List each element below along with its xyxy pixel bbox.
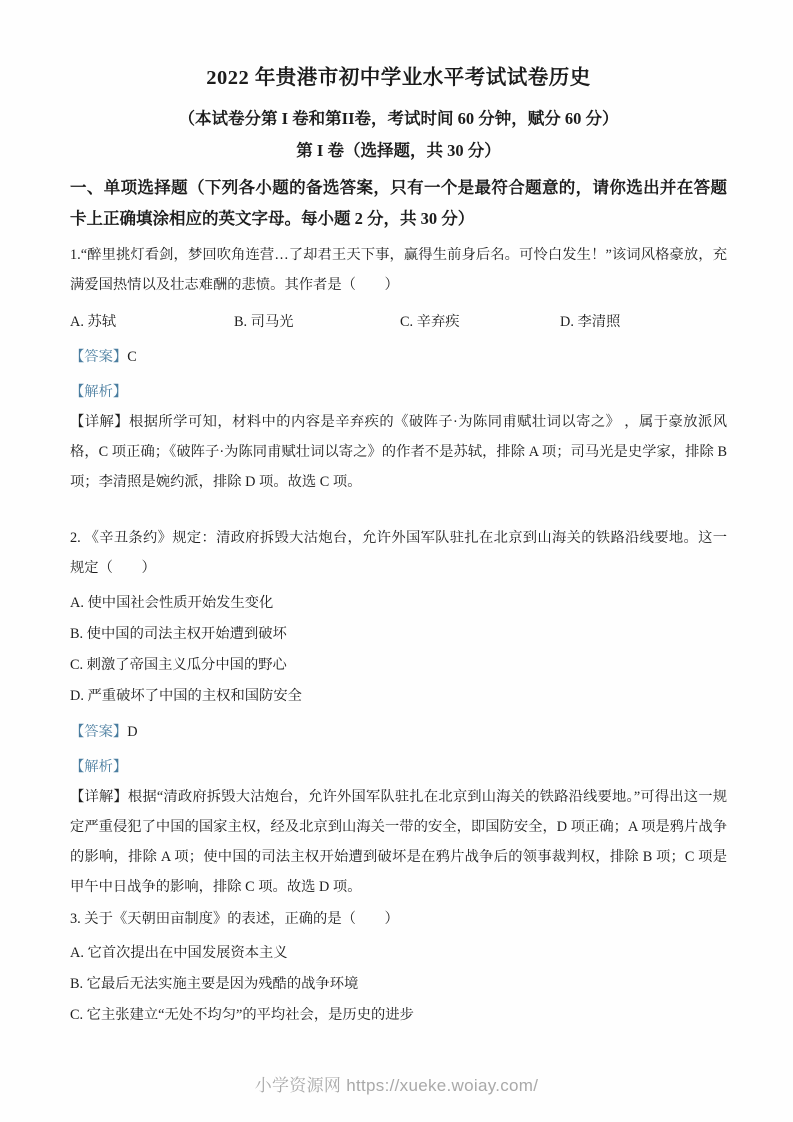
question-3-stem: 3. 关于《天朝田亩制度》的表述，正确的是（ ） — [70, 904, 727, 934]
exam-info-line: （本试卷分第 I 卷和第II卷，考试时间 60 分钟，赋分 60 分） — [70, 106, 727, 132]
question-3-option-a: A. 它首次提出在中国发展资本主义 — [70, 938, 727, 969]
footer-watermark: 小学资源网 https://xueke.woiay.com/ — [0, 1071, 793, 1096]
question-2-option-d: D. 严重破坏了中国的主权和国防安全 — [70, 681, 727, 712]
question-1-option-d: D. 李清照 — [560, 307, 727, 337]
question-1-answer-line: 【答案】C — [70, 342, 727, 372]
question-3-option-b: B. 它最后无法实施主要是因为残酷的战争环境 — [70, 969, 727, 1000]
question-2-options: A. 使中国社会性质开始发生变化 B. 使中国的司法主权开始遭到破坏 C. 刺激… — [70, 588, 727, 712]
question-3: 3. 关于《天朝田亩制度》的表述，正确的是（ ） A. 它首次提出在中国发展资本… — [70, 904, 727, 1031]
question-1-option-a: A. 苏轼 — [70, 307, 234, 337]
answer-label: 【答案】 — [70, 724, 127, 740]
detail-label: 【详解】 — [70, 414, 129, 430]
footer-site-name: 小学资源网 — [255, 1076, 342, 1095]
question-2-answer-line: 【答案】D — [70, 717, 727, 747]
question-2-option-c: C. 刺激了帝国主义瓜分中国的野心 — [70, 650, 727, 681]
question-3-options: A. 它首次提出在中国发展资本主义 B. 它最后无法实施主要是因为残酷的战争环境… — [70, 938, 727, 1031]
analysis-label: 【解析】 — [70, 759, 127, 775]
question-1-option-c: C. 辛弃疾 — [400, 307, 560, 337]
question-2-detail: 【详解】根据“清政府拆毁大沽炮台，允许外国军队驻扎在北京到山海关的铁路沿线要地。… — [70, 782, 727, 902]
question-1-answer-value: C — [127, 349, 137, 365]
analysis-label: 【解析】 — [70, 384, 127, 400]
question-1-option-b: B. 司马光 — [234, 307, 400, 337]
question-2-option-a: A. 使中国社会性质开始发生变化 — [70, 588, 727, 619]
question-2-answer-value: D — [127, 724, 137, 740]
question-1-analysis-line: 【解析】 — [70, 377, 727, 407]
question-1-detail-text: 根据所学可知，材料中的内容是辛弃疾的《破阵子·为陈同甫赋壮词以寄之》 ，属于豪放… — [70, 414, 727, 490]
question-2-analysis-line: 【解析】 — [70, 752, 727, 782]
question-1-options-row: A. 苏轼 B. 司马光 C. 辛弃疾 D. 李清照 — [70, 307, 727, 337]
question-1-detail: 【详解】根据所学可知，材料中的内容是辛弃疾的《破阵子·为陈同甫赋壮词以寄之》 ，… — [70, 407, 727, 497]
question-1-stem: 1.“醉里挑灯看剑，梦回吹角连营…了却君王天下事，赢得生前身后名。可怜白发生！”… — [70, 240, 727, 300]
paper-header: 2022 年贵港市初中学业水平考试试卷历史 （本试卷分第 I 卷和第II卷，考试… — [70, 62, 727, 164]
question-1: 1.“醉里挑灯看剑，梦回吹角连营…了却君王天下事，赢得生前身后名。可怜白发生！”… — [70, 240, 727, 497]
question-2-stem: 2. 《辛丑条约》规定：清政府拆毁大沽炮台，允许外国军队驻扎在北京到山海关的铁路… — [70, 523, 727, 583]
question-3-option-c: C. 它主张建立“无处不均匀”的平均社会，是历史的进步 — [70, 1000, 727, 1031]
exam-paper-page: 2022 年贵港市初中学业水平考试试卷历史 （本试卷分第 I 卷和第II卷，考试… — [0, 0, 793, 1122]
detail-label: 【详解】 — [70, 789, 128, 805]
question-2-detail-text: 根据“清政府拆毁大沽炮台，允许外国军队驻扎在北京到山海关的铁路沿线要地。”可得出… — [70, 789, 727, 895]
answer-label: 【答案】 — [70, 349, 127, 365]
section-heading: 一、单项选择题（下列各小题的备选答案，只有一个是最符合题意的，请你选出并在答题卡… — [70, 172, 727, 234]
question-2-option-b: B. 使中国的司法主权开始遭到破坏 — [70, 619, 727, 650]
question-2: 2. 《辛丑条约》规定：清政府拆毁大沽炮台，允许外国军队驻扎在北京到山海关的铁路… — [70, 523, 727, 902]
page-title: 2022 年贵港市初中学业水平考试试卷历史 — [70, 62, 727, 94]
footer-site-url: https://xueke.woiay.com/ — [346, 1076, 538, 1095]
part-one-heading: 第 I 卷（选择题，共 30 分） — [70, 138, 727, 164]
